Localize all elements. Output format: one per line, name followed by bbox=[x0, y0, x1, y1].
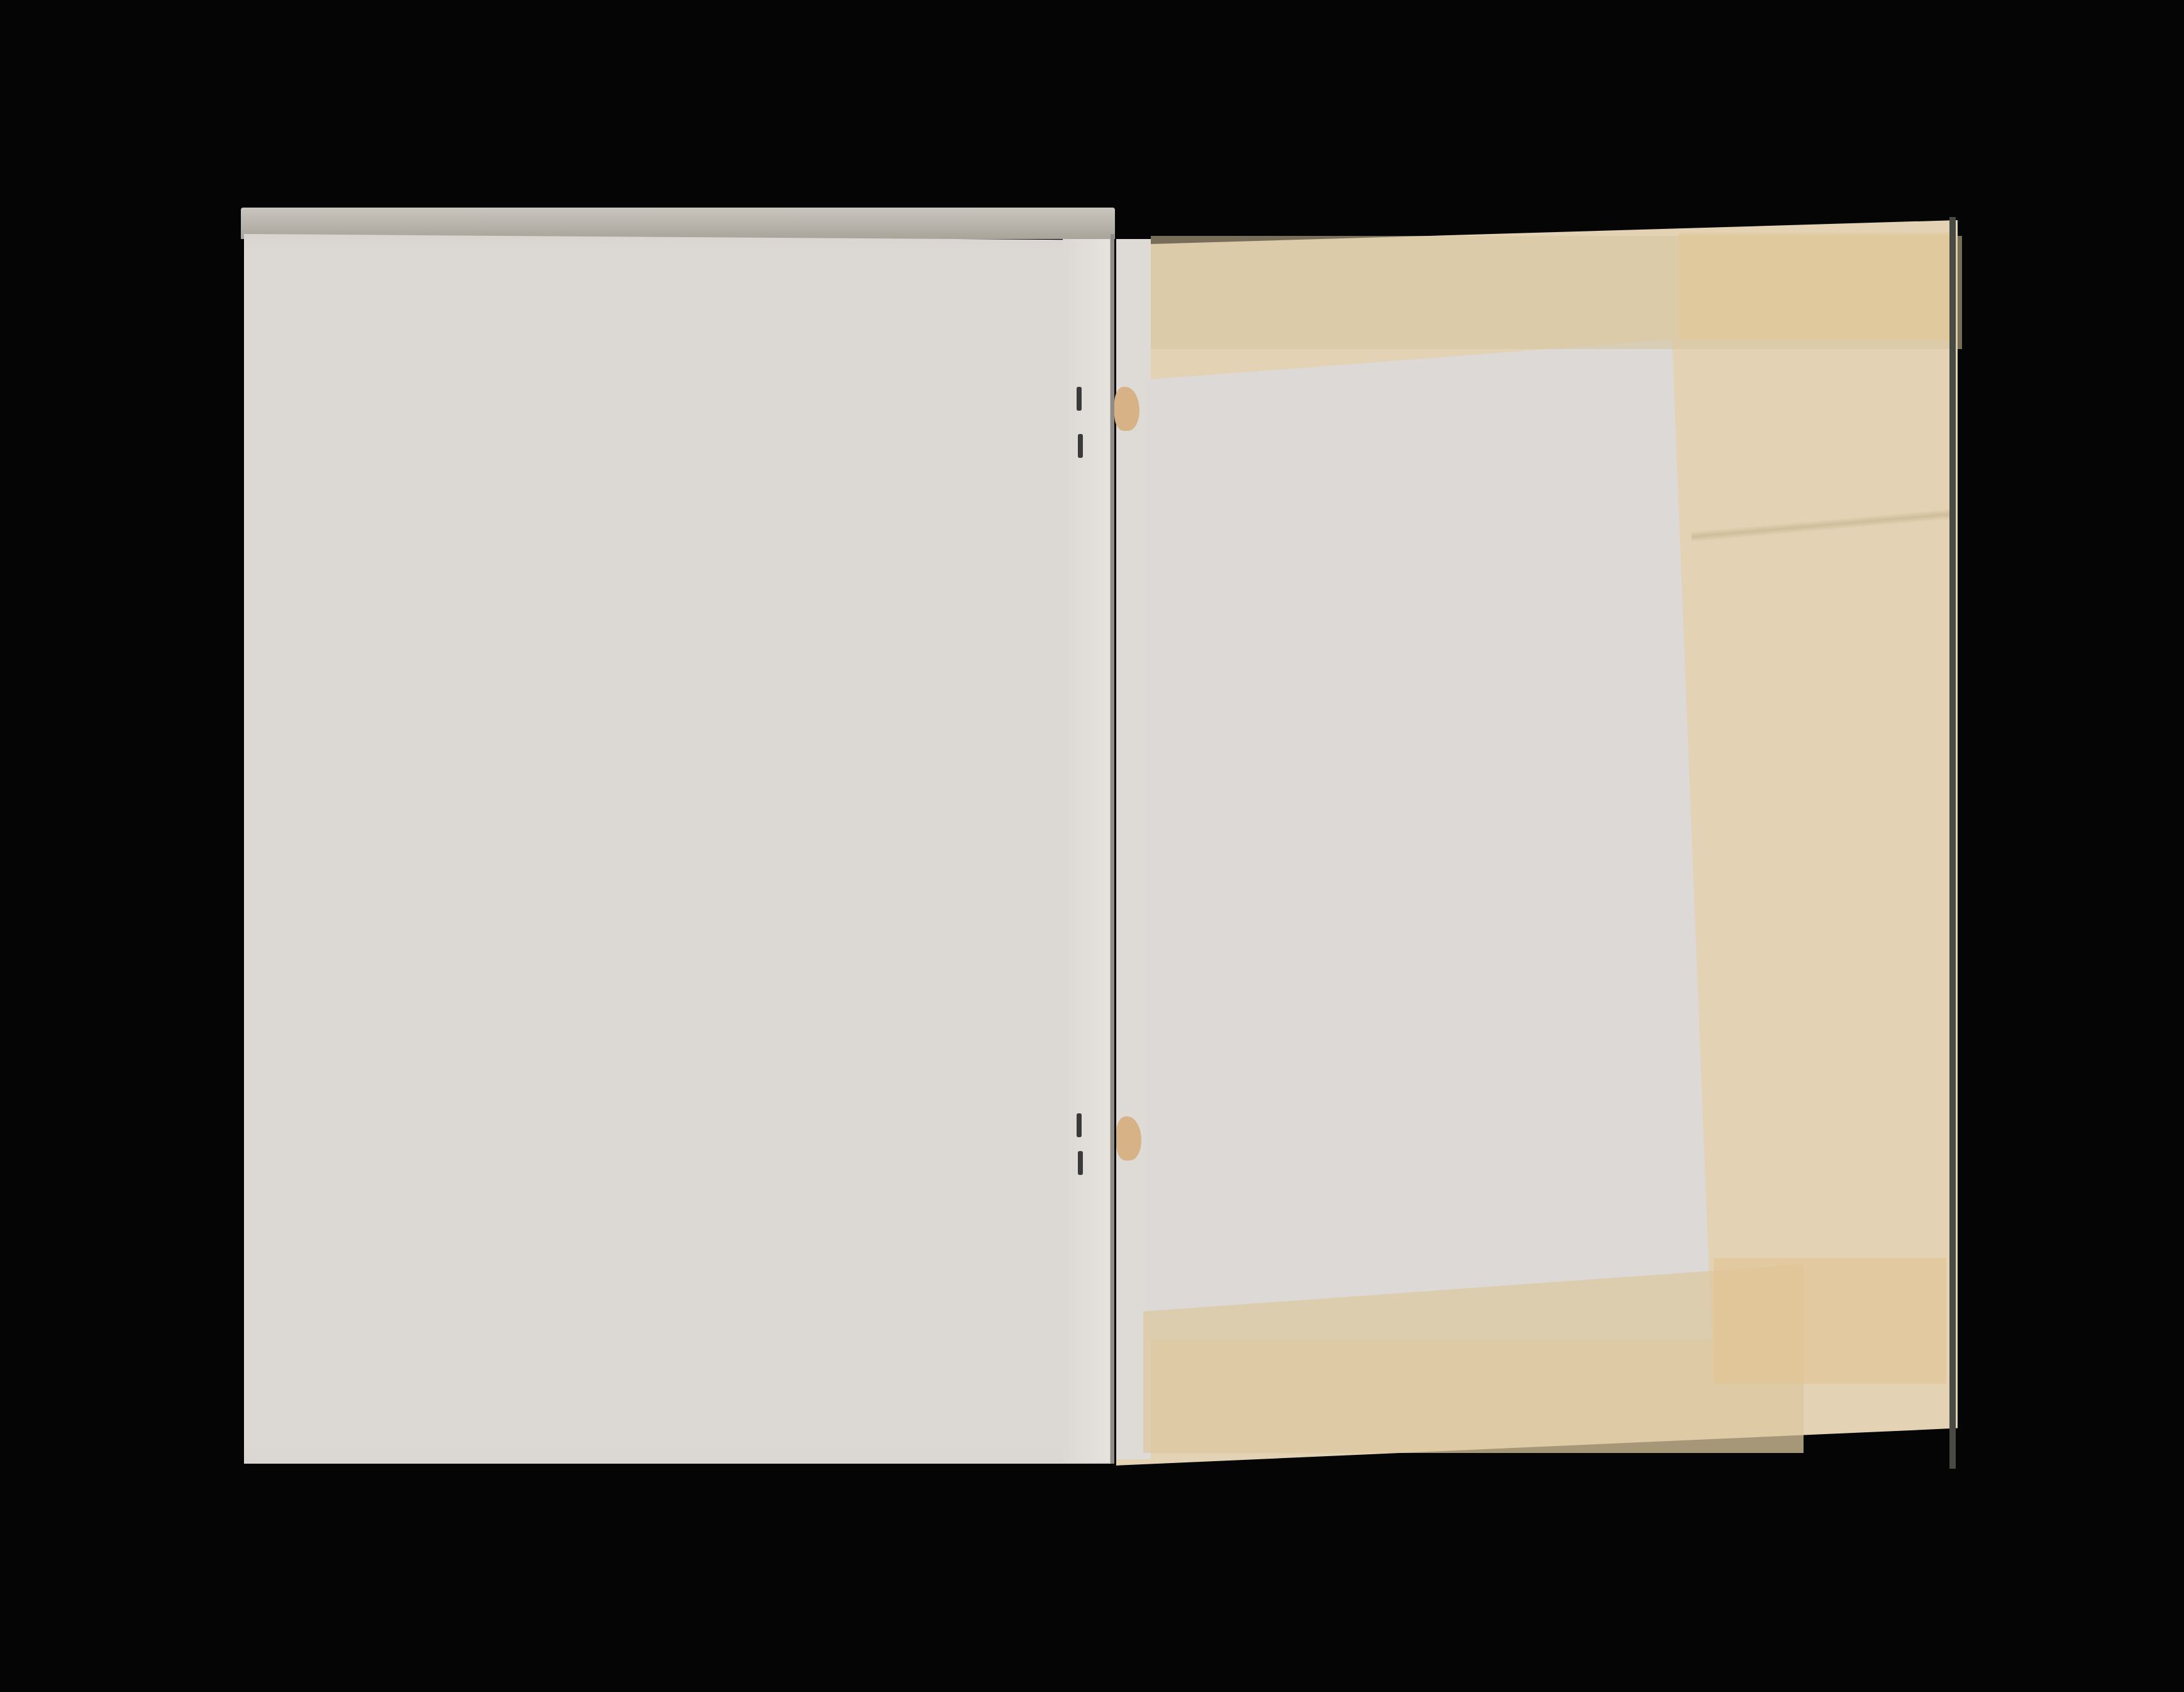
staple-icon bbox=[1077, 1113, 1082, 1137]
booklet-spine bbox=[1111, 234, 1114, 1464]
left-blank-page bbox=[244, 234, 1112, 1464]
tape-strip-top-right bbox=[1679, 233, 1953, 340]
tape-crease bbox=[1692, 509, 1956, 541]
left-page-gutter bbox=[1063, 239, 1111, 1462]
cover-edge bbox=[1949, 217, 1956, 1469]
pasted-white-sheet bbox=[1146, 340, 1712, 1340]
tape-strip-bottom-right bbox=[1714, 1258, 1946, 1384]
staple-icon bbox=[1077, 387, 1082, 411]
staple-icon bbox=[1078, 434, 1083, 458]
page-stack-edge bbox=[241, 208, 1115, 239]
staple-icon bbox=[1078, 1151, 1083, 1175]
